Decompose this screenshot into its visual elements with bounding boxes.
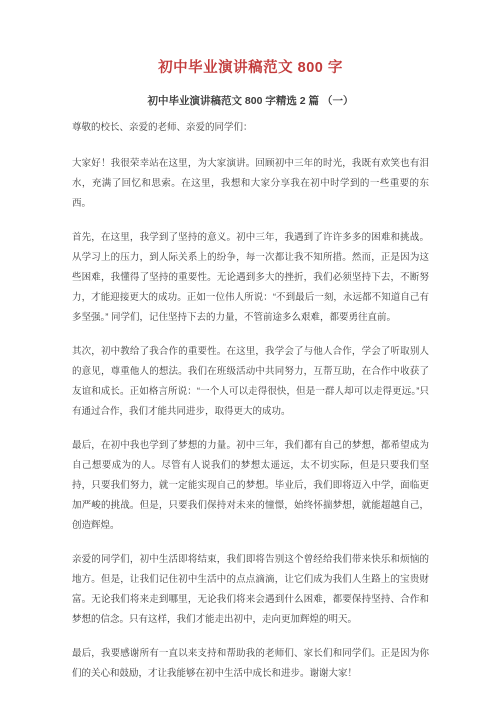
speech-body: 大家好！我很荣幸站在这里，为大家演讲。回顾初中三年的时光，我既有欢笑也有泪水，充…: [72, 154, 429, 684]
speech-paragraph-6: 最后，我要感谢所有一直以来支持和帮助我的老师们、家长们和同学们。正是因为你们的关…: [72, 644, 429, 684]
speech-paragraph-5: 亲爱的同学们，初中生活即将结束，我们即将告别这个曾经给我们带来快乐和烦恼的地方。…: [72, 550, 429, 630]
speech-paragraph-1: 大家好！我很荣幸站在这里，为大家演讲。回顾初中三年的时光，我既有欢笑也有泪水，充…: [72, 154, 429, 214]
page-title: 初中毕业演讲稿范文 800 字: [72, 56, 429, 77]
speech-paragraph-3: 其次，初中教给了我合作的重要性。在这里，我学会了与他人合作，学会了听取别人的意见…: [72, 342, 429, 422]
salutation-line: 尊敬的校长、亲爱的老师、亲爱的同学们：: [72, 118, 429, 138]
document-page: 初中毕业演讲稿范文 800 字 初中毕业演讲稿范文 800 字精选 2 篇 （一…: [0, 0, 500, 707]
page-subtitle: 初中毕业演讲稿范文 800 字精选 2 篇 （一）: [72, 91, 429, 111]
speech-paragraph-4: 最后，在初中我也学到了梦想的力量。初中三年，我们都有自己的梦想，都希望成为自己想…: [72, 436, 429, 536]
speech-paragraph-2: 首先，在这里，我学到了坚持的意义。初中三年，我遇到了许许多多的困难和挑战。从学习…: [72, 228, 429, 328]
